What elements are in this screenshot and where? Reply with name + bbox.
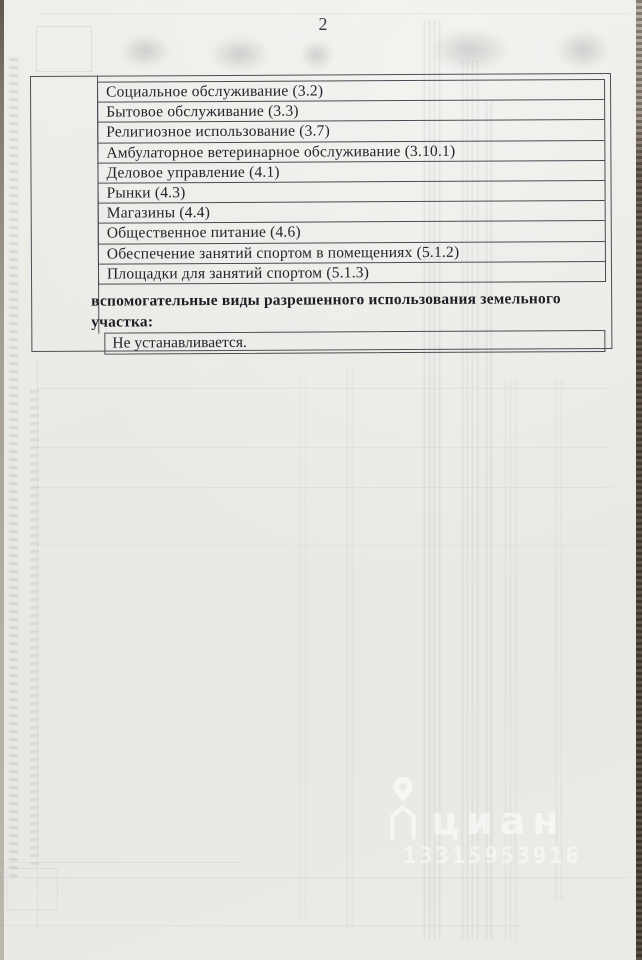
showthrough-line bbox=[0, 862, 240, 863]
auxiliary-uses-heading: вспомогательные виды разрешенного исполь… bbox=[91, 288, 606, 333]
showthrough-line bbox=[37, 447, 612, 448]
table-outer-top-border bbox=[30, 73, 611, 77]
table-row: Рынки (4.3) bbox=[98, 181, 605, 204]
auxiliary-uses-heading-line2: участка: bbox=[91, 309, 606, 333]
table-row: Общественное питание (4.6) bbox=[98, 221, 605, 244]
showthrough-line bbox=[0, 925, 520, 926]
cian-logo-icon bbox=[389, 776, 417, 847]
document-table-group: Социальное обслуживание (3.2) Бытовое об… bbox=[0, 0, 642, 420]
auxiliary-uses-value-cell: Не устанавливается. bbox=[104, 330, 605, 355]
showthrough-line bbox=[0, 877, 630, 878]
table-row: Обеспечение занятий спортом в помещениях… bbox=[98, 241, 605, 264]
showthrough-text-column bbox=[30, 390, 39, 870]
showthrough-line bbox=[37, 545, 612, 546]
showthrough-box bbox=[6, 868, 58, 910]
showthrough-line bbox=[37, 360, 38, 930]
watermark: циан 13315953916 bbox=[385, 776, 615, 876]
scanned-document-page: 2 Социальное обслуживание (3.2) Бытовое … bbox=[0, 0, 642, 960]
table-row: Деловое управление (4.1) bbox=[97, 161, 604, 184]
table-outer-right-border bbox=[610, 73, 612, 349]
showthrough-streak bbox=[300, 380, 308, 920]
table-row: Социальное обслуживание (3.2) bbox=[97, 79, 604, 103]
showthrough-line bbox=[37, 487, 612, 488]
auxiliary-uses-heading-line1: вспомогательные виды разрешенного исполь… bbox=[91, 288, 606, 312]
table-row: Бытовое обслуживание (3.3) bbox=[97, 100, 604, 123]
table-row: Амбулаторное ветеринарное обслуживание (… bbox=[97, 141, 604, 164]
watermark-id-number: 13315953916 bbox=[403, 846, 582, 868]
showthrough-streak bbox=[347, 370, 357, 930]
table-row: Магазины (4.4) bbox=[98, 201, 605, 224]
watermark-brand-text: циан bbox=[431, 802, 566, 840]
table-row: Религиозное использование (3.7) bbox=[97, 120, 604, 143]
table-row: Площадки для занятий спортом (5.1.3) bbox=[98, 262, 605, 285]
table-outer-left-border bbox=[30, 76, 32, 352]
permitted-use-table: Социальное обслуживание (3.2) Бытовое об… bbox=[97, 79, 606, 285]
